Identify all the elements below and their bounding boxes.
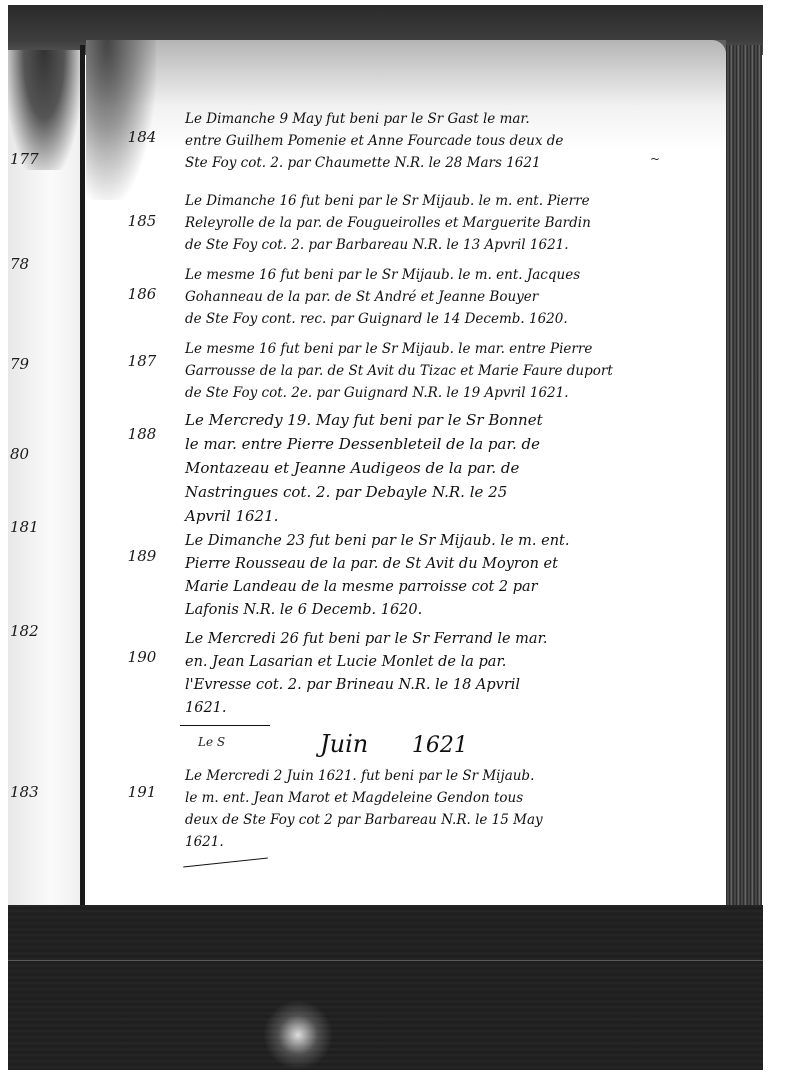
entry-line: Le Mercredi 26 fut beni par le Sr Ferran… xyxy=(185,628,645,651)
left-page-number: 79 xyxy=(10,355,29,373)
entry-number: 188 xyxy=(118,425,166,443)
entry-line: Ste Foy cot. 2. par Chaumette N.R. le 28… xyxy=(185,152,645,174)
register-entry: Le Mercredi 2 Juin 1621. fut beni par le… xyxy=(185,765,645,853)
register-entry: Le mesme 16 fut beni par le Sr Mijaub. l… xyxy=(185,338,645,404)
entry-line: Gohanneau de la par. de St André et Jean… xyxy=(185,286,645,308)
month-heading: Juin 1621 xyxy=(320,730,468,758)
left-page-number: 80 xyxy=(10,445,29,463)
left-page-number: 183 xyxy=(10,783,39,801)
entry-line: Le Dimanche 23 fut beni par le Sr Mijaub… xyxy=(185,530,645,553)
entry-line: de Ste Foy cont. rec. par Guignard le 14… xyxy=(185,308,645,330)
entry-line: Pierre Rousseau de la par. de St Avit du… xyxy=(185,553,645,576)
entry-line: Le Mercredi 2 Juin 1621. fut beni par le… xyxy=(185,765,645,787)
scan-margin xyxy=(763,0,785,1080)
entry-line: 1621. xyxy=(185,831,645,853)
left-page-number: 177 xyxy=(10,150,39,168)
entry-line: Garrousse de la par. de St Avit du Tizac… xyxy=(185,360,645,382)
entry-line: Apvril 1621. xyxy=(185,504,645,528)
entry-number: 190 xyxy=(118,648,166,666)
book-bottom-edge xyxy=(8,905,763,1070)
register-entry: Le Mercredi 26 fut beni par le Sr Ferran… xyxy=(185,628,645,720)
left-page-number: 182 xyxy=(10,622,39,640)
left-page-number: 181 xyxy=(10,518,39,536)
left-page-strip xyxy=(8,50,80,905)
register-entry: Le Dimanche 16 fut beni par le Sr Mijaub… xyxy=(185,190,645,256)
margin-mark: ~ xyxy=(650,152,660,166)
register-entry: Le Dimanche 9 May fut beni par le Sr Gas… xyxy=(185,108,645,174)
entry-line: Montazeau et Jeanne Audigeos de la par. … xyxy=(185,456,645,480)
register-entry: Le Mercredy 19. May fut beni par le Sr B… xyxy=(185,408,645,528)
entry-line: le mar. entre Pierre Dessenbleteil de la… xyxy=(185,432,645,456)
entry-line: Le mesme 16 fut beni par le Sr Mijaub. l… xyxy=(185,264,645,286)
entry-line: Le Mercredy 19. May fut beni par le Sr B… xyxy=(185,408,645,432)
entry-number: 187 xyxy=(118,352,166,370)
entry-line: 1621. xyxy=(185,697,645,720)
entry-number: 184 xyxy=(118,128,166,146)
book-gutter xyxy=(80,45,85,905)
entry-separator xyxy=(180,725,270,726)
entry-number: 186 xyxy=(118,285,166,303)
entry-line: deux de Ste Foy cot 2 par Barbareau N.R.… xyxy=(185,809,645,831)
entry-number: 189 xyxy=(118,547,166,565)
entry-line: entre Guilhem Pomenie et Anne Fourcade t… xyxy=(185,130,645,152)
entry-line: de Ste Foy cot. 2e. par Guignard N.R. le… xyxy=(185,382,645,404)
entry-number: 185 xyxy=(118,212,166,230)
scanned-register-page: 177 78 79 80 181 182 183 184 185 186 187… xyxy=(0,0,785,1080)
entry-line: en. Jean Lasarian et Lucie Monlet de la … xyxy=(185,651,645,674)
register-entry: Le mesme 16 fut beni par le Sr Mijaub. l… xyxy=(185,264,645,330)
entry-line: Le Dimanche 9 May fut beni par le Sr Gas… xyxy=(185,108,645,130)
page-stack-edge xyxy=(726,45,762,905)
entry-line: Lafonis N.R. le 6 Decemb. 1620. xyxy=(185,599,645,622)
entry-line: l'Evresse cot. 2. par Brineau N.R. le 18… xyxy=(185,674,645,697)
entry-line: Nastringues cot. 2. par Debayle N.R. le … xyxy=(185,480,645,504)
entry-line: Le Dimanche 16 fut beni par le Sr Mijaub… xyxy=(185,190,645,212)
entry-line: Le mesme 16 fut beni par le Sr Mijaub. l… xyxy=(185,338,645,360)
entry-line: Marie Landeau de la mesme parroisse cot … xyxy=(185,576,645,599)
month-heading-month: Juin xyxy=(320,730,368,758)
entry-line: de Ste Foy cot. 2. par Barbareau N.R. le… xyxy=(185,234,645,256)
entry-line: le m. ent. Jean Marot et Magdeleine Gend… xyxy=(185,787,645,809)
entry-number: 191 xyxy=(118,783,166,801)
left-page-number: 78 xyxy=(10,255,29,273)
register-entry: Le Dimanche 23 fut beni par le Sr Mijaub… xyxy=(185,530,645,622)
month-heading-year: 1621 xyxy=(412,733,468,758)
margin-note: Le S xyxy=(198,735,225,749)
entry-line: Releyrolle de la par. de Fougueirolles e… xyxy=(185,212,645,234)
